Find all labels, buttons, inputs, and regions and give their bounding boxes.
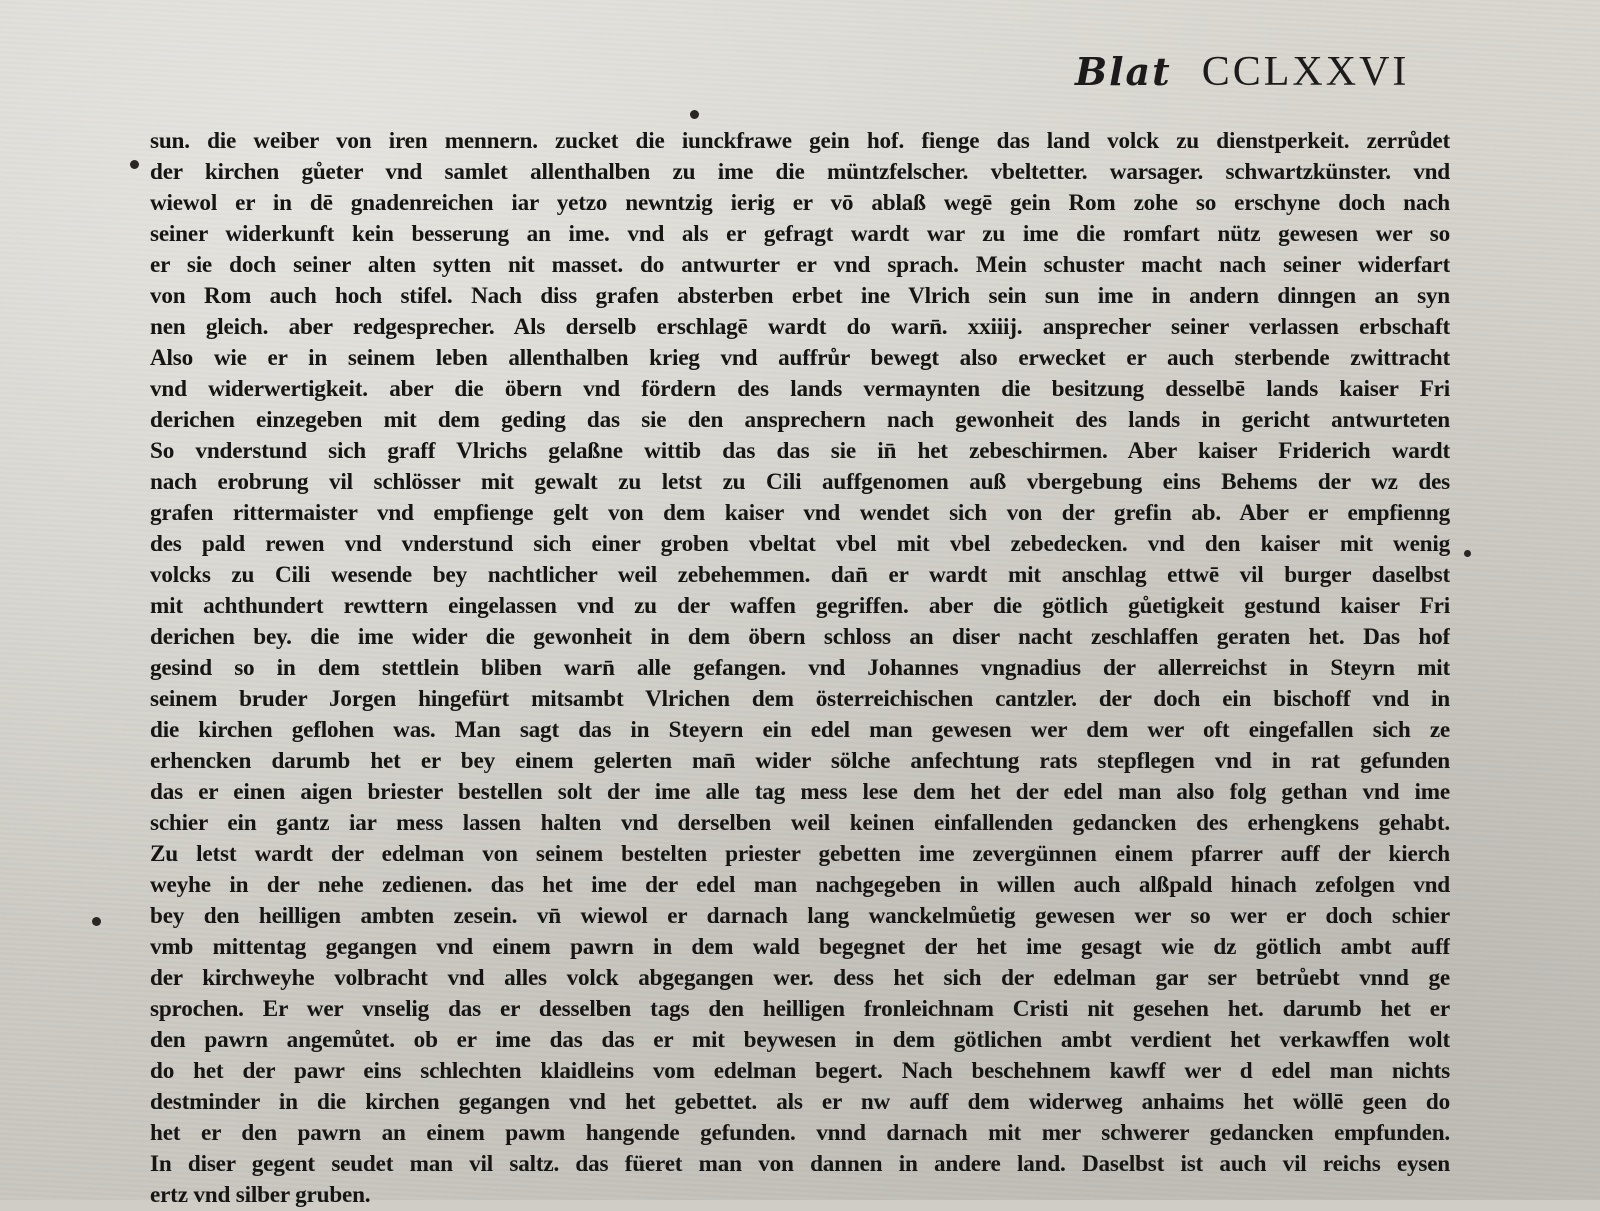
text-line: sprochen. Er wer vnselig das er desselbe… xyxy=(150,994,1450,1025)
text-line: der kirchweyhe volbracht vnd alles volck… xyxy=(150,963,1450,994)
text-line: nach erobrung vil schlösser mit gewalt z… xyxy=(150,467,1450,498)
text-line: Also wie er in seinem leben allenthalben… xyxy=(150,343,1450,374)
text-line: weyhe in der nehe zedienen. das het ime … xyxy=(150,870,1450,901)
text-line: mit achthundert rewttern eingelassen vnd… xyxy=(150,591,1450,622)
body-text: sun. die weiber von iren mennern. zucket… xyxy=(150,126,1450,1200)
text-line: ertz vnd silber gruben. xyxy=(150,1180,1450,1200)
text-line: het er den pawrn an einem pawm hangende … xyxy=(150,1118,1450,1149)
text-line: In diser gegent seudet man vil saltz. da… xyxy=(150,1149,1450,1180)
text-line: grafen rittermaister vnd empfienge gelt … xyxy=(150,498,1450,529)
text-line: der kirchen gůeter vnd samlet allenthalb… xyxy=(150,157,1450,188)
text-line: Zu letst wardt der edelman von seinem be… xyxy=(150,839,1450,870)
text-line: gesind so in dem stettlein bliben warn̄ … xyxy=(150,653,1450,684)
text-line: die kirchen geflohen was. Man sagt das i… xyxy=(150,715,1450,746)
book-page: BlatCCLXXVI sun. die weiber von iren men… xyxy=(0,0,1600,1200)
text-line: seinem bruder Jorgen hingefürt mitsambt … xyxy=(150,684,1450,715)
text-line: do het der pawr eins schlechten klaidlei… xyxy=(150,1056,1450,1087)
text-line: erhencken darumb het er bey einem gelert… xyxy=(150,746,1450,777)
text-line: er sie doch seiner alten sytten nit mass… xyxy=(150,250,1450,281)
text-line: sun. die weiber von iren mennern. zucket… xyxy=(150,126,1450,157)
text-line: bey den heilligen ambten zesein. vn̄ wie… xyxy=(150,901,1450,932)
text-line: vmb mittentag gegangen vnd einem pawrn i… xyxy=(150,932,1450,963)
text-line: volcks zu Cili wesende bey nachtlicher w… xyxy=(150,560,1450,591)
ink-spot xyxy=(690,110,699,119)
text-line: seiner widerkunft kein besserung an ime.… xyxy=(150,219,1450,250)
text-line: derichen bey. die ime wider die gewonhei… xyxy=(150,622,1450,653)
text-line: schier ein gantz iar mess lassen halten … xyxy=(150,808,1450,839)
folio-label: Blat xyxy=(1075,49,1172,94)
ink-spot xyxy=(92,917,101,926)
text-line: des pald rewen vnd vnderstund sich einer… xyxy=(150,529,1450,560)
ink-spot xyxy=(1464,550,1471,557)
text-line: derichen einzegeben mit dem geding das s… xyxy=(150,405,1450,436)
text-line: den pawrn angemůtet. ob er ime das das e… xyxy=(150,1025,1450,1056)
text-line: nen gleich. aber redgesprecher. Als ders… xyxy=(150,312,1450,343)
text-line: vnd widerwertigkeit. aber die öbern vnd … xyxy=(150,374,1450,405)
folio-number: CCLXXVI xyxy=(1202,49,1410,95)
text-line: von Rom auch hoch stifel. Nach diss graf… xyxy=(150,281,1450,312)
text-line: das er einen aigen briester bestellen so… xyxy=(150,777,1450,808)
ink-spot xyxy=(130,160,139,169)
folio-header: BlatCCLXXVI xyxy=(1075,48,1409,96)
text-line: wiewol er in dē gnadenreichen iar yetzo … xyxy=(150,188,1450,219)
text-line: So vnderstund sich graff Vlrichs gelaßne… xyxy=(150,436,1450,467)
text-line: destminder in die kirchen gegangen vnd h… xyxy=(150,1087,1450,1118)
